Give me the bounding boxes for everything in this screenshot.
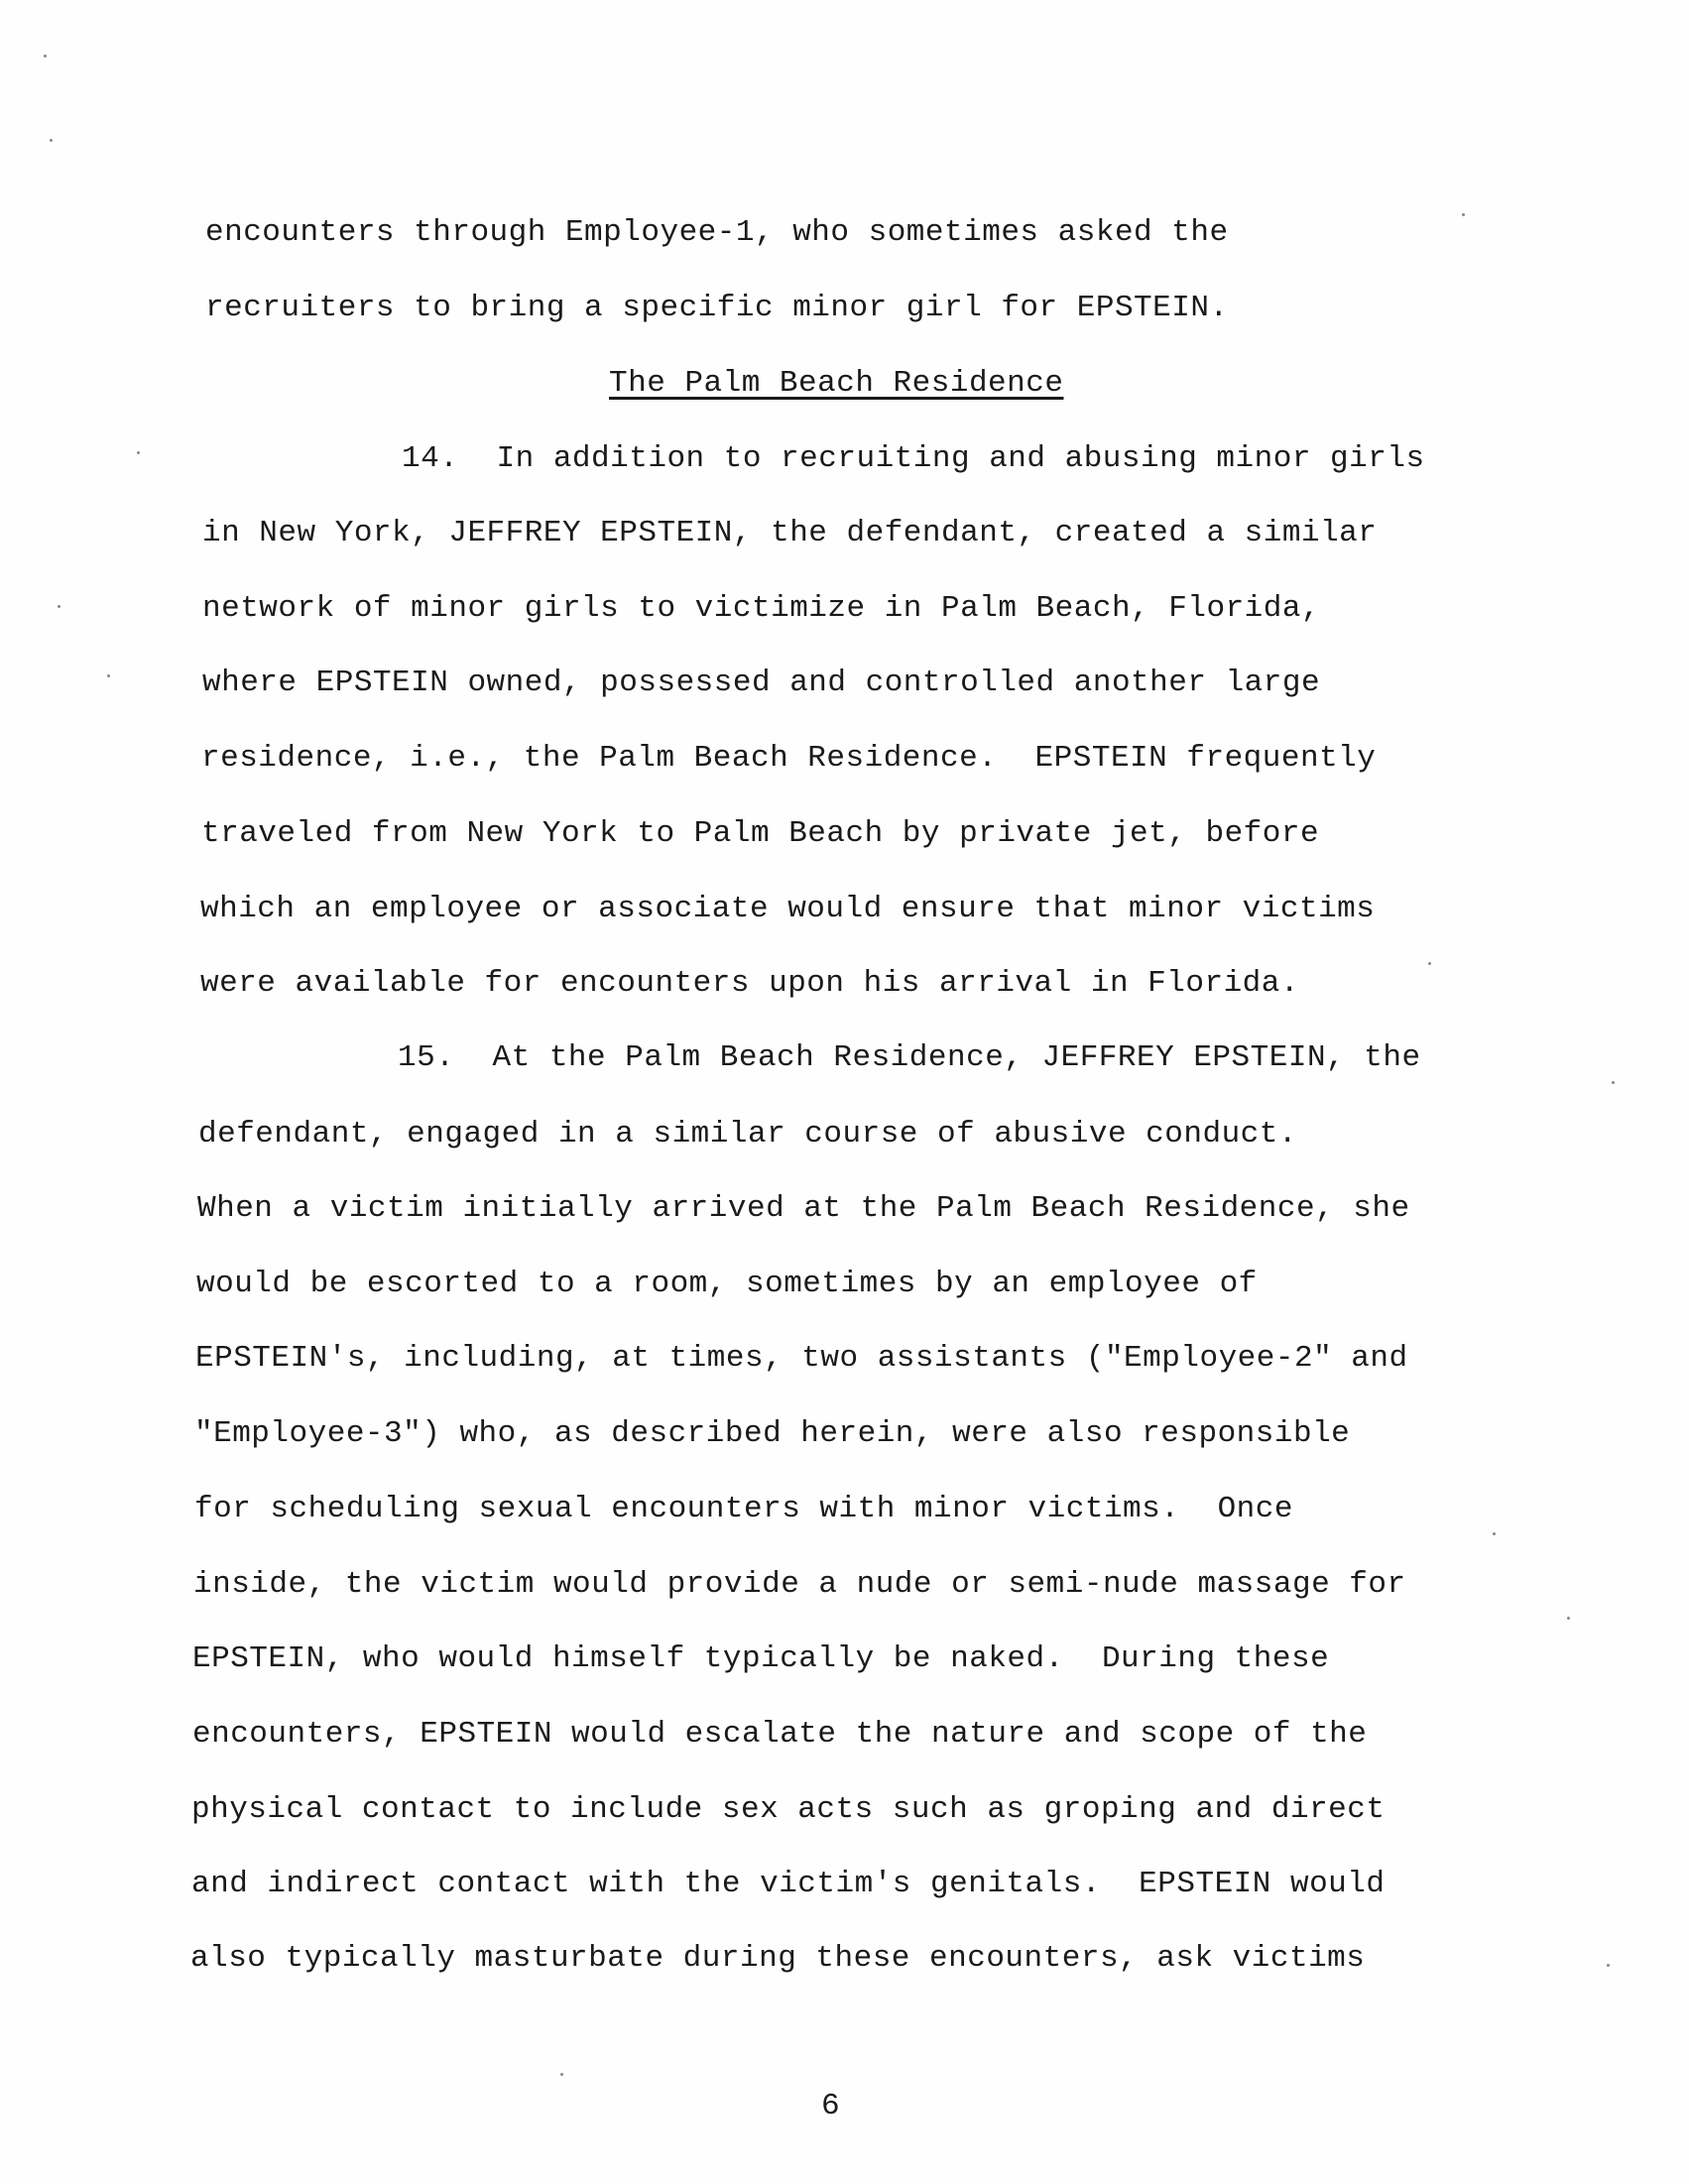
text-line: EPSTEIN's, including, at times, two assi… bbox=[195, 1343, 1408, 1374]
scan-speck bbox=[1567, 1617, 1570, 1620]
text-line: inside, the victim would provide a nude … bbox=[193, 1569, 1406, 1600]
text-line: network of minor girls to victimize in P… bbox=[202, 593, 1320, 624]
text-line: When a victim initially arrived at the P… bbox=[197, 1193, 1410, 1224]
text-line: physical contact to include sex acts suc… bbox=[191, 1794, 1386, 1825]
document-page: encounters through Employee-1, who somet… bbox=[0, 0, 1689, 2184]
scan-speck bbox=[44, 55, 47, 58]
text-line: for scheduling sexual encounters with mi… bbox=[194, 1494, 1293, 1524]
scan-speck bbox=[58, 605, 60, 608]
scan-speck bbox=[1612, 1081, 1615, 1084]
text-line: 14. In addition to recruiting and abusin… bbox=[402, 443, 1425, 474]
scan-speck bbox=[50, 139, 53, 142]
text-line: which an employee or associate would ens… bbox=[200, 894, 1375, 924]
section-heading: The Palm Beach Residence bbox=[609, 368, 1063, 399]
text-line: in New York, JEFFREY EPSTEIN, the defend… bbox=[202, 518, 1377, 548]
text-line: traveled from New York to Palm Beach by … bbox=[201, 818, 1319, 849]
text-line: would be escorted to a room, sometimes b… bbox=[196, 1269, 1258, 1299]
page-number: 6 bbox=[821, 2089, 840, 2123]
scan-speck bbox=[137, 451, 140, 454]
scan-speck bbox=[560, 2073, 563, 2076]
scan-speck bbox=[1462, 213, 1465, 216]
text-line: EPSTEIN, who would himself typically be … bbox=[192, 1643, 1329, 1674]
text-line: 15. At the Palm Beach Residence, JEFFREY… bbox=[398, 1042, 1421, 1073]
text-line: and indirect contact with the victim's g… bbox=[191, 1869, 1386, 1899]
text-line: were available for encounters upon his a… bbox=[200, 968, 1299, 999]
scan-speck bbox=[1493, 1532, 1496, 1535]
text-line: residence, i.e., the Palm Beach Residenc… bbox=[201, 743, 1376, 774]
text-line: defendant, engaged in a similar course o… bbox=[198, 1119, 1297, 1150]
scan-speck bbox=[1428, 962, 1431, 965]
text-line: encounters through Employee-1, who somet… bbox=[205, 217, 1229, 248]
text-line: recruiters to bring a specific minor gir… bbox=[205, 293, 1229, 323]
text-line: where EPSTEIN owned, possessed and contr… bbox=[202, 667, 1320, 698]
scan-speck bbox=[1607, 1964, 1610, 1967]
text-line: "Employee-3") who, as described herein, … bbox=[194, 1418, 1350, 1449]
text-line: also typically masturbate during these e… bbox=[190, 1943, 1365, 1974]
scan-speck bbox=[107, 674, 110, 677]
text-line: encounters, EPSTEIN would escalate the n… bbox=[192, 1719, 1367, 1750]
